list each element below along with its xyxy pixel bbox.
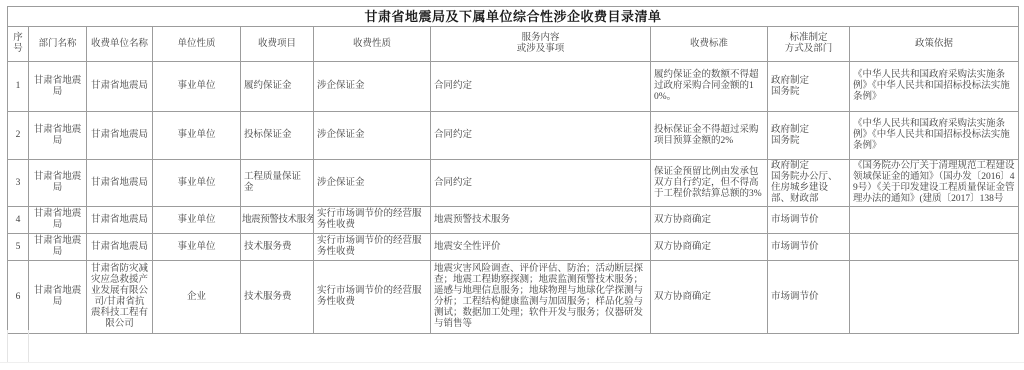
table-cell: 市场调节价: [768, 207, 850, 234]
table-cell: 投标保证金不得超过采购项目预算金额的2%: [651, 112, 768, 160]
table-row: 4 甘肃省地震局 甘肃省地震局 事业单位 地震预警技术服务 实行市场调节价的经营…: [8, 207, 1019, 234]
table-row: 2 甘肃省地震局 甘肃省地震局 事业单位 投标保证金 涉企保证金 合同约定 投标…: [8, 112, 1019, 160]
table-cell: 履约保证金的数额不得超过政府采购合同金额的10%。: [651, 62, 768, 112]
table-cell: [850, 261, 1019, 334]
table-row: 5 甘肃省地震局 甘肃省地震局 事业单位 技术服务费 实行市场调节价的经营服务性…: [8, 234, 1019, 261]
table-row: 3 甘肃省地震局 甘肃省地震局 事业单位 工程质量保证金 涉企保证金 合同约定 …: [8, 160, 1019, 207]
table-cell: 实行市场调节价的经营服务性收费: [314, 261, 431, 334]
table-cell: 甘肃省地震局: [87, 234, 153, 261]
table-cell: 地震预警技术服务: [241, 207, 314, 234]
table-cell: 保证金预留比例由发承包双方自行约定，但不得高于工程价款结算总额的3%: [651, 160, 768, 207]
table-cell: 合同约定: [431, 112, 651, 160]
col-header-fee-standard: 收费标准: [651, 27, 768, 62]
table-cell: 甘肃省地震局: [29, 112, 87, 160]
col-header-service-content: 服务内容 或涉及事项: [431, 27, 651, 62]
table-cell: 技术服务费: [241, 261, 314, 334]
table-cell: 甘肃省地震局: [87, 112, 153, 160]
table-cell: 技术服务费: [241, 234, 314, 261]
table-cell: 市场调节价: [768, 261, 850, 334]
table-cell: 甘肃省地震局: [29, 207, 87, 234]
table-cell: 投标保证金: [241, 112, 314, 160]
table-cell: 合同约定: [431, 160, 651, 207]
page-title: 甘肃省地震局及下属单位综合性涉企收费目录清单: [8, 7, 1019, 27]
table-cell: 企业: [153, 261, 241, 334]
table-row: 6 甘肃省地震局 甘肃省防灾减灾应急救援产业发展有限公司/甘肃省抗震科技工程有限…: [8, 261, 1019, 334]
table-cell: 履约保证金: [241, 62, 314, 112]
table-cell: 双方协商确定: [651, 261, 768, 334]
table-cell: 2: [8, 112, 29, 160]
gridline-remnant-vertical: [7, 330, 8, 362]
table-cell: 政府制定 国务院: [768, 62, 850, 112]
table-cell: [850, 234, 1019, 261]
table-cell: 事业单位: [153, 160, 241, 207]
table-cell: 事业单位: [153, 234, 241, 261]
col-header-standard-setter: 标准制定 方式及部门: [768, 27, 850, 62]
gridline-remnant-vertical: [28, 330, 29, 362]
table-cell: 甘肃省地震局: [29, 160, 87, 207]
table-cell: 甘肃省地震局: [29, 62, 87, 112]
col-header-index: 序号: [8, 27, 29, 62]
table-cell: 涉企保证金: [314, 112, 431, 160]
col-header-department: 部门名称: [29, 27, 87, 62]
table-cell: 双方协商确定: [651, 234, 768, 261]
col-header-fee-item: 收费项目: [241, 27, 314, 62]
table-cell: 《国务院办公厅关于清理规范工程建设领域保证金的通知》（国办发〔2016〕49号）…: [850, 160, 1019, 207]
table-cell: 事业单位: [153, 207, 241, 234]
table-cell: 实行市场调节价的经营服务性收费: [314, 207, 431, 234]
table-row: 1 甘肃省地震局 甘肃省地震局 事业单位 履约保证金 涉企保证金 合同约定 履约…: [8, 62, 1019, 112]
table-cell: 双方协商确定: [651, 207, 768, 234]
document-canvas: 甘肃省地震局及下属单位综合性涉企收费目录清单 序号 部门名称 收费单位名称 单位…: [0, 0, 1024, 370]
gridline-remnant-horizontal: [0, 362, 1024, 363]
table-cell: 地震预警技术服务: [431, 207, 651, 234]
col-header-unit-type: 单位性质: [153, 27, 241, 62]
table-header-row: 序号 部门名称 收费单位名称 单位性质 收费项目 收费性质 服务内容 或涉及事项…: [8, 27, 1019, 62]
col-header-fee-nature: 收费性质: [314, 27, 431, 62]
table-cell: 政府制定 国务院: [768, 112, 850, 160]
table-cell: 涉企保证金: [314, 62, 431, 112]
table-cell: 甘肃省地震局: [87, 62, 153, 112]
table-cell: 5: [8, 234, 29, 261]
table-cell: 甘肃省地震局: [29, 234, 87, 261]
table-cell: 甘肃省防灾减灾应急救援产业发展有限公司/甘肃省抗震科技工程有限公司: [87, 261, 153, 334]
table-cell: 涉企保证金: [314, 160, 431, 207]
table-cell: 事业单位: [153, 62, 241, 112]
table-cell: 3: [8, 160, 29, 207]
table-cell: 合同约定: [431, 62, 651, 112]
table-cell: 政府制定 国务院办公厅、住房城乡建设部、财政部: [768, 160, 850, 207]
table-cell: 市场调节价: [768, 234, 850, 261]
table-cell: 4: [8, 207, 29, 234]
table-cell: 《中华人民共和国政府采购法实施条例》《中华人民共和国招标投标法实施条例》: [850, 112, 1019, 160]
table-cell: 地震安全性评价: [431, 234, 651, 261]
table-cell: [850, 207, 1019, 234]
table-cell: 《中华人民共和国政府采购法实施条例》《中华人民共和国招标投标法实施条例》: [850, 62, 1019, 112]
table-cell: 甘肃省地震局: [87, 160, 153, 207]
table-cell: 1: [8, 62, 29, 112]
col-header-policy-basis: 政策依据: [850, 27, 1019, 62]
col-header-unit-name: 收费单位名称: [87, 27, 153, 62]
table-cell: 工程质量保证金: [241, 160, 314, 207]
title-row: 甘肃省地震局及下属单位综合性涉企收费目录清单: [8, 7, 1019, 27]
table-cell: 6: [8, 261, 29, 334]
fee-catalog-table: 甘肃省地震局及下属单位综合性涉企收费目录清单 序号 部门名称 收费单位名称 单位…: [7, 6, 1019, 334]
table-cell: 甘肃省地震局: [29, 261, 87, 334]
table-cell: 实行市场调节价的经营服务性收费: [314, 234, 431, 261]
table-cell: 甘肃省地震局: [87, 207, 153, 234]
table-cell: 事业单位: [153, 112, 241, 160]
table-cell: 地震灾害风险调查、评价评估、防治；活动断层探查；地震工程勘察探测；地震监测预警技…: [431, 261, 651, 334]
